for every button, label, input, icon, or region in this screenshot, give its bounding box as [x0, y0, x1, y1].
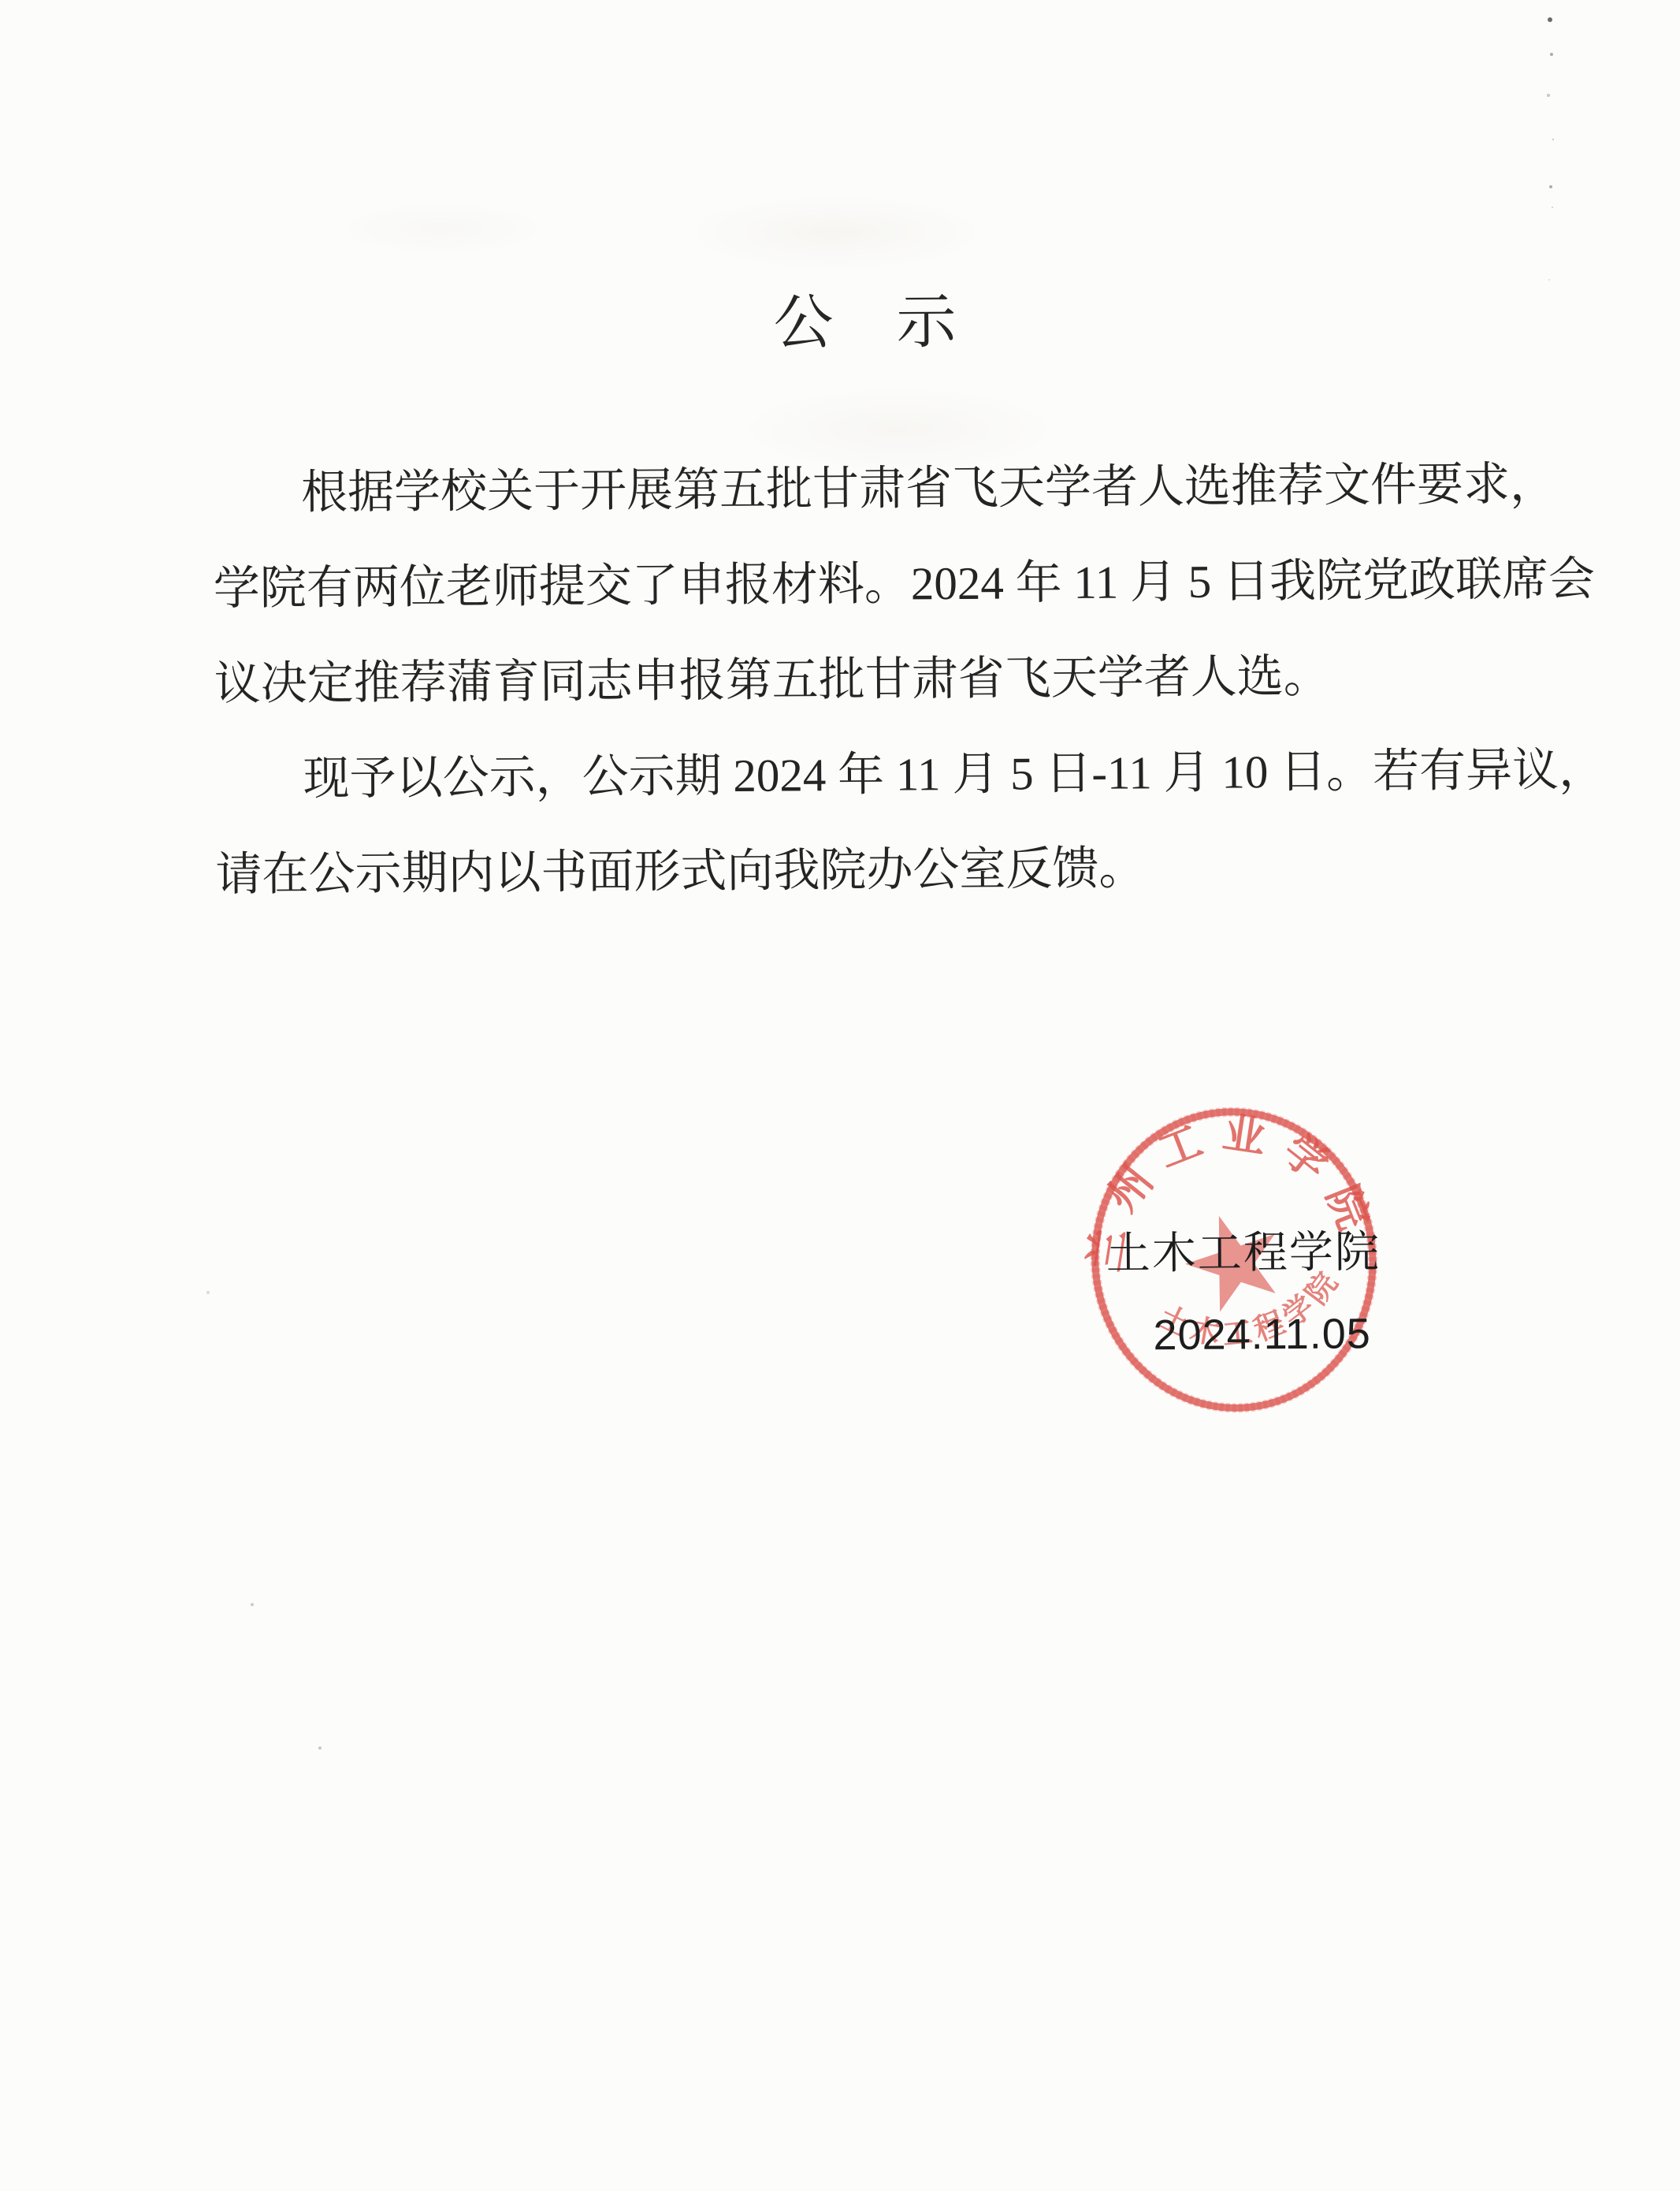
scan-speck	[318, 1746, 322, 1750]
signature-date-text: 2024.11.05	[1153, 1309, 1371, 1360]
scan-speck	[206, 1291, 210, 1294]
signature-org-text: 土木工程学院	[1106, 1217, 1381, 1281]
scan-tilt-wrapper: 公 示 根据学校关于开展第五批甘肃省飞天学者人选推荐文件要求， 学院有两位老师提…	[0, 0, 1680, 2191]
scan-speck	[1548, 17, 1552, 22]
scan-speck	[251, 1603, 254, 1606]
body-line: 学院有两位老师提交了申报材料。2024 年 11 月 5 日我院党政联席会	[213, 532, 1526, 637]
notice-body: 根据学校关于开展第五批甘肃省飞天学者人选推荐文件要求， 学院有两位老师提交了申报…	[213, 437, 1528, 923]
body-line: 现予以公示，公示期 2024 年 11 月 5 日-11 月 10 日。若有异议…	[214, 723, 1527, 828]
page-title: 公 示	[773, 273, 958, 361]
body-line: 请在公示期内以书面形式向我院办公室反馈。	[215, 818, 1528, 923]
body-line: 议决定推荐蒲育同志申报第五批甘肃省飞天学者人选。	[214, 627, 1526, 732]
scanned-notice-page: 公 示 根据学校关于开展第五批甘肃省飞天学者人选推荐文件要求， 学院有两位老师提…	[0, 0, 1680, 2191]
body-line: 根据学校关于开展第五批甘肃省飞天学者人选推荐文件要求，	[213, 437, 1526, 541]
